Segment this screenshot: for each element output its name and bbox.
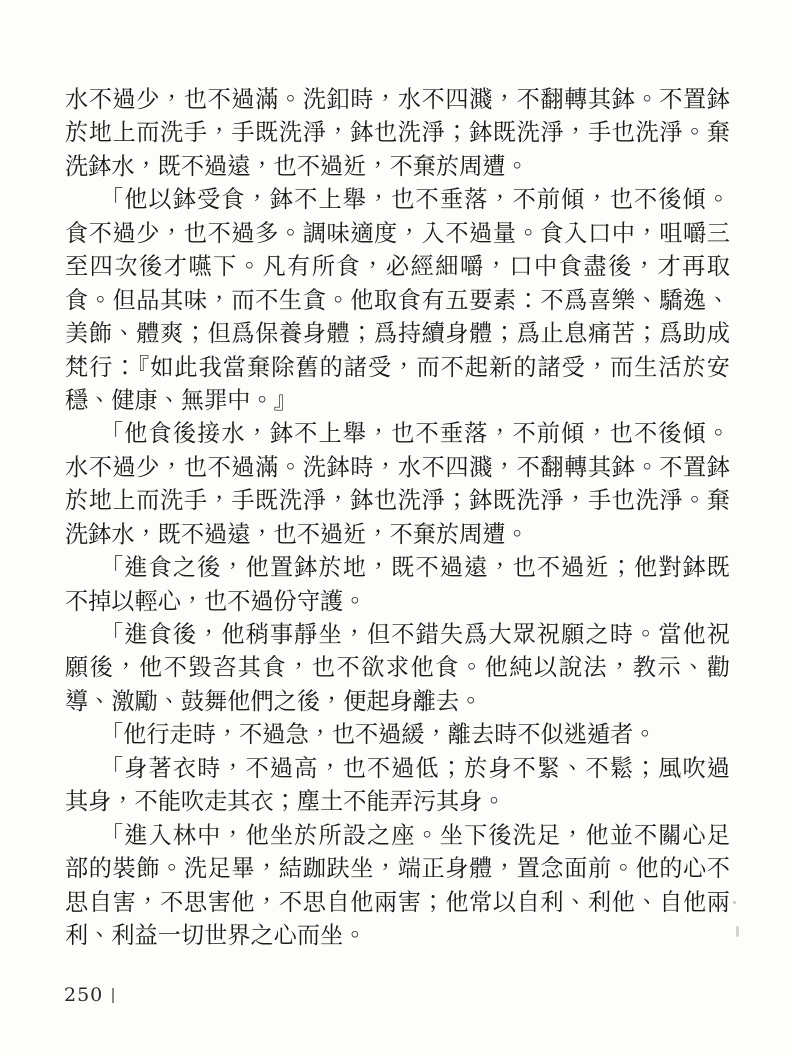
text-line: 梵行：『如此我當棄除舊的諸受，而不起新的諸受，而生活於安 bbox=[65, 352, 730, 385]
paragraph: 水不過少，也不過滿。洗釦時，水不四濺，不翻轉其鉢。不置鉢於地上而洗手，手既洗淨，… bbox=[65, 84, 730, 184]
text-line: 部的裝飾。洗足畢，結跏趺坐，端正身體，置念面前。他的心不 bbox=[65, 853, 730, 886]
text-line: 「他以鉢受食，鉢不上舉，也不垂落，不前傾，也不後傾。 bbox=[65, 184, 730, 217]
text-line: 思自害，不思害他，不思自他兩害；他常以自利、利他、自他兩 bbox=[65, 887, 730, 920]
paragraph: 「他以鉢受食，鉢不上舉，也不垂落，不前傾，也不後傾。食不過少，也不過多。調味適度… bbox=[65, 184, 730, 418]
paragraph: 「進食之後，他置鉢於地，既不過遠，也不過近；他對鉢既不掉以輕心，也不過份守護。 bbox=[65, 552, 730, 619]
text-line: 至四次後才嚥下。凡有所食，必經細嚼，口中食盡後，才再取 bbox=[65, 251, 730, 284]
scan-speck bbox=[736, 926, 739, 937]
footer-divider-bar bbox=[112, 988, 114, 1003]
paragraph: 「進食後，他稍事靜坐，但不錯失爲大眾祝願之時。當他祝願後，他不毀咨其食，也不欲求… bbox=[65, 619, 730, 719]
text-line: 水不過少，也不過滿。洗釦時，水不四濺，不翻轉其鉢。不置鉢 bbox=[65, 84, 730, 117]
text-line: 於地上而洗手，手既洗淨，鉢也洗淨；鉢既洗淨，手也洗淨。棄 bbox=[65, 485, 730, 518]
text-line: 「他食後接水，鉢不上舉，也不垂落，不前傾，也不後傾。 bbox=[65, 418, 730, 451]
text-line: 「進食之後，他置鉢於地，既不過遠，也不過近；他對鉢既 bbox=[65, 552, 730, 585]
text-line: 穩、健康、無罪中。』 bbox=[65, 385, 730, 418]
text-line: 願後，他不毀咨其食，也不欲求他食。他純以說法，教示、勸 bbox=[65, 652, 730, 685]
text-line: 食不過少，也不過多。調味適度，入不過量。食入口中，咀嚼三 bbox=[65, 218, 730, 251]
text-line: 「身著衣時，不過高，也不過低；於身不緊、不鬆；風吹過 bbox=[65, 753, 730, 786]
text-line: 洗鉢水，既不過遠，也不過近，不棄於周遭。 bbox=[65, 151, 730, 184]
page-number: 250 bbox=[64, 984, 103, 1006]
text-line: 「進食後，他稍事靜坐，但不錯失爲大眾祝願之時。當他祝 bbox=[65, 619, 730, 652]
paragraph: 「進入林中，他坐於所設之座。坐下後洗足，他並不關心足部的裝飾。洗足畢，結跏趺坐，… bbox=[65, 820, 730, 954]
paragraph: 「他食後接水，鉢不上舉，也不垂落，不前傾，也不後傾。水不過少，也不過滿。洗鉢時，… bbox=[65, 418, 730, 552]
text-line: 食。但品其味，而不生貪。他取食有五要素：不爲喜樂、驕逸、 bbox=[65, 285, 730, 318]
text-line: 水不過少，也不過滿。洗鉢時，水不四濺，不翻轉其鉢。不置鉢 bbox=[65, 452, 730, 485]
paragraph: 「他行走時，不過急，也不過緩，離去時不似逃遁者。 bbox=[65, 719, 730, 752]
text-line: 「進入林中，他坐於所設之座。坐下後洗足，他並不關心足 bbox=[65, 820, 730, 853]
book-page: 水不過少，也不過滿。洗釦時，水不四濺，不翻轉其鉢。不置鉢於地上而洗手，手既洗淨，… bbox=[0, 0, 792, 1056]
scan-speck bbox=[733, 901, 736, 904]
text-line: 導、激勵、鼓舞他們之後，便起身離去。 bbox=[65, 686, 730, 719]
text-line: 洗鉢水，既不過遠，也不過近，不棄於周遭。 bbox=[65, 519, 730, 552]
text-line: 「他行走時，不過急，也不過緩，離去時不似逃遁者。 bbox=[65, 719, 730, 752]
paragraph: 「身著衣時，不過高，也不過低；於身不緊、不鬆；風吹過其身，不能吹走其衣；塵土不能… bbox=[65, 753, 730, 820]
text-line: 美飾、體爽；但爲保養身體；爲持續身體；爲止息痛苦；爲助成 bbox=[65, 318, 730, 351]
text-line: 不掉以輕心，也不過份守護。 bbox=[65, 586, 730, 619]
page-footer: 250 bbox=[64, 983, 114, 1007]
body-text: 水不過少，也不過滿。洗釦時，水不四濺，不翻轉其鉢。不置鉢於地上而洗手，手既洗淨，… bbox=[65, 84, 730, 953]
text-line: 於地上而洗手，手既洗淨，鉢也洗淨；鉢既洗淨，手也洗淨。棄 bbox=[65, 117, 730, 150]
text-line: 利、利益一切世界之心而坐。 bbox=[65, 920, 730, 953]
text-line: 其身，不能吹走其衣；塵土不能弄污其身。 bbox=[65, 786, 730, 819]
